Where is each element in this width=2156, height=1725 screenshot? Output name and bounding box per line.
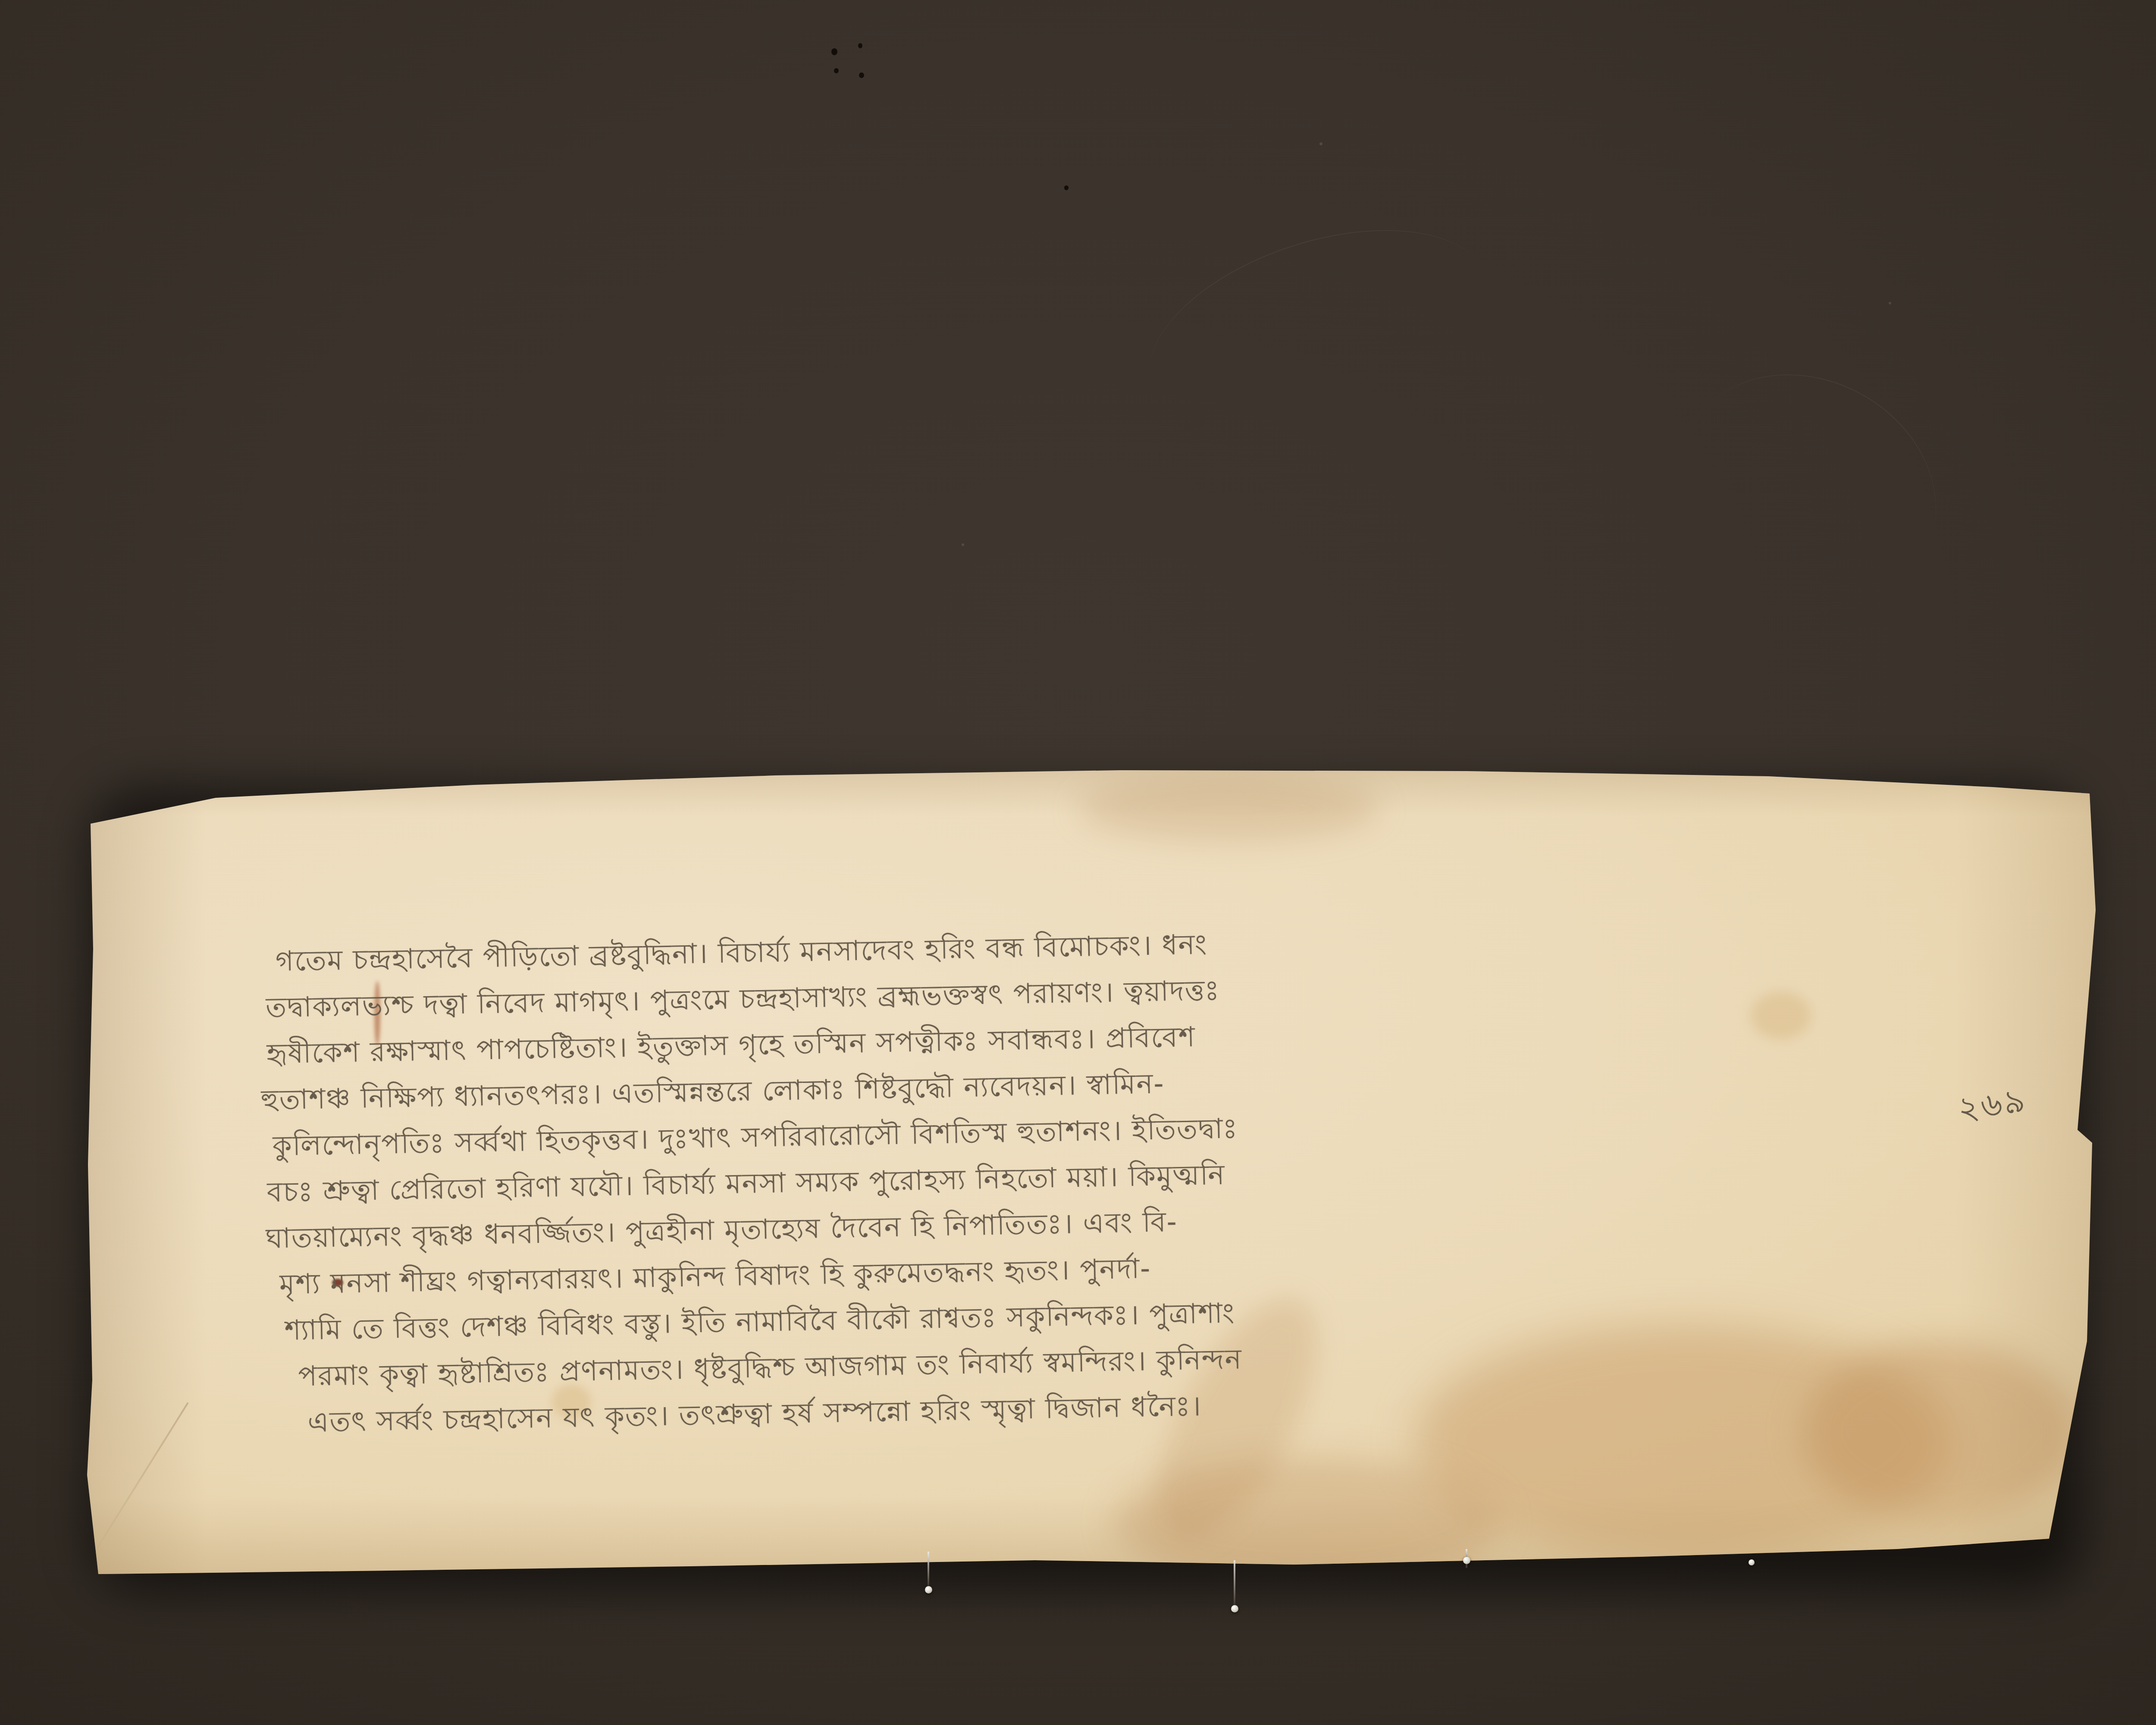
folio-number: ২৬৯ <box>1955 1075 2031 1139</box>
pin-head <box>1749 1559 1755 1565</box>
pin-head <box>1231 1605 1238 1612</box>
pin-head <box>925 1586 932 1593</box>
board-speck <box>834 68 839 73</box>
pin-head <box>1463 1557 1470 1564</box>
board-speck <box>858 43 862 48</box>
board-dust <box>1319 142 1322 145</box>
board-speck <box>1064 185 1069 190</box>
pin-shaft <box>1234 1560 1235 1607</box>
handwritten-text-block: গতেম চন্দ্রহাসেবৈ পীড়িতো ব্রষ্টবুদ্ধিনা… <box>82 735 2106 1582</box>
board-dust <box>1889 302 1891 304</box>
board-speck <box>831 48 837 55</box>
manuscript-page: গতেম চন্দ্রহাসেবৈ পীড়িতো ব্রষ্টবুদ্ধিনা… <box>86 768 2096 1578</box>
board-dust <box>962 543 964 546</box>
pin-shaft <box>928 1552 929 1587</box>
board-speck <box>859 72 864 78</box>
photograph-of-manuscript: গতেম চন্দ্রহাসেবৈ পীড়িতো ব্রষ্টবুদ্ধিনা… <box>0 0 2156 1725</box>
